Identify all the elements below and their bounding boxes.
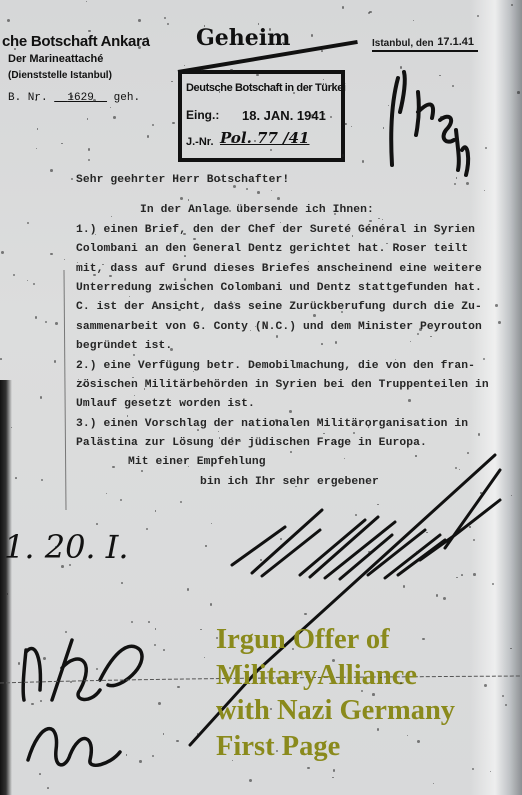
- scan-speck: [170, 348, 173, 351]
- scan-speck: [188, 466, 189, 467]
- scan-speck: [400, 682, 402, 684]
- scan-speck: [313, 314, 316, 317]
- scan-speck: [170, 402, 171, 403]
- scan-speck: [323, 113, 325, 115]
- scan-speck: [200, 629, 202, 631]
- scan-speck: [54, 360, 56, 362]
- scan-speck: [197, 429, 199, 431]
- scan-speck: [131, 621, 133, 623]
- scan-speck: [293, 92, 295, 94]
- scan-speck: [113, 116, 116, 119]
- scan-speck: [77, 262, 78, 263]
- scan-speck: [88, 30, 91, 33]
- scan-speck: [341, 311, 343, 313]
- scan-speck: [110, 107, 111, 108]
- scan-speck: [47, 38, 49, 40]
- scan-speck: [295, 486, 296, 487]
- scan-speck: [275, 419, 277, 421]
- scan-speck: [55, 322, 58, 325]
- scan-speck: [159, 344, 160, 345]
- caption-line: MilitaryAlliance: [216, 658, 516, 694]
- scan-speck: [308, 261, 309, 262]
- scan-speck: [155, 628, 156, 629]
- scan-speck: [7, 593, 8, 594]
- scan-speck: [495, 304, 498, 307]
- scan-speck: [144, 388, 145, 389]
- reference-suffix: geh.: [114, 92, 140, 104]
- scan-speck: [96, 668, 98, 670]
- body-line: Umlauf gesetzt worden ist.: [76, 395, 522, 414]
- scan-speck: [146, 528, 149, 531]
- scan-speck: [139, 760, 141, 762]
- scan-speck: [43, 657, 46, 660]
- initials-mark-icon: [391, 72, 468, 175]
- scan-speck: [141, 470, 143, 472]
- scan-speck: [233, 185, 236, 188]
- scan-speck: [415, 455, 416, 456]
- scan-speck: [321, 343, 323, 345]
- scan-speck: [492, 583, 494, 585]
- scan-speck: [395, 359, 396, 360]
- scan-speck: [290, 451, 292, 453]
- scan-speck: [388, 105, 389, 106]
- scan-speck: [321, 50, 323, 52]
- scan-speck: [36, 148, 37, 149]
- scan-speck: [436, 594, 439, 597]
- scan-speck: [204, 25, 205, 26]
- scan-speck: [96, 523, 98, 525]
- body-line: begründet ist.: [76, 337, 522, 356]
- scan-speck: [352, 235, 353, 236]
- scan-speck: [355, 514, 357, 516]
- scan-speck: [473, 573, 476, 576]
- scan-speck: [459, 469, 460, 470]
- scan-speck: [332, 777, 333, 778]
- scan-speck: [511, 4, 513, 6]
- scan-speck: [109, 275, 112, 278]
- letterhead-office: (Dienststelle Istanbul): [8, 70, 112, 81]
- scan-speck: [400, 66, 402, 68]
- scan-speck: [163, 733, 164, 734]
- scan-speck: [47, 787, 49, 789]
- scan-speck: [86, 1, 87, 2]
- scan-speck: [176, 740, 178, 742]
- scan-speck: [18, 662, 21, 665]
- scan-speck: [180, 501, 182, 503]
- scan-speck: [45, 321, 47, 323]
- scan-speck: [184, 255, 186, 257]
- scan-speck: [250, 330, 251, 331]
- scan-speck: [184, 278, 187, 281]
- scan-speck: [205, 545, 206, 546]
- scan-speck: [39, 773, 41, 775]
- scan-speck: [69, 564, 71, 566]
- scan-speck: [485, 147, 487, 149]
- place-label: Istanbul, den: [372, 38, 434, 49]
- scanned-document-page: che Botschaft Ankara Der Marineattaché (…: [0, 0, 522, 795]
- scan-speck: [333, 769, 336, 772]
- scan-speck: [71, 178, 73, 180]
- scan-speck: [417, 333, 419, 335]
- scan-speck: [126, 754, 127, 755]
- scan-speck: [167, 23, 169, 25]
- scan-speck: [88, 159, 90, 161]
- scan-speck: [27, 222, 29, 224]
- scan-speck: [35, 316, 38, 319]
- scan-speck: [64, 259, 65, 260]
- reference-number: B. Nr. 1629 geh.: [8, 92, 140, 104]
- reference-value: 1629: [54, 92, 107, 104]
- scan-speck: [368, 551, 370, 553]
- scan-speck: [230, 301, 232, 303]
- scan-speck: [218, 431, 219, 432]
- scan-speck: [197, 733, 198, 734]
- scan-speck: [452, 85, 454, 87]
- scan-speck: [461, 574, 463, 576]
- scan-speck: [510, 648, 512, 650]
- scan-speck: [15, 477, 17, 479]
- scan-speck: [70, 681, 72, 683]
- caption-line: Irgun Offer of: [216, 622, 516, 658]
- scan-speck: [210, 603, 212, 605]
- scan-speck: [120, 499, 122, 501]
- scan-speck: [280, 538, 282, 540]
- scan-speck: [41, 479, 43, 481]
- scan-speck: [184, 65, 185, 66]
- scan-speck: [270, 708, 272, 710]
- scan-speck: [177, 686, 179, 688]
- scan-speck: [50, 253, 53, 256]
- closing-line: bin ich Ihr sehr ergebener: [76, 473, 522, 492]
- scan-speck: [61, 143, 62, 144]
- scan-speck: [362, 160, 365, 163]
- scan-speck: [158, 702, 161, 705]
- letterhead-embassy: che Botschaft Ankara: [2, 33, 150, 50]
- scan-speck: [469, 526, 470, 527]
- scan-speck: [148, 621, 150, 623]
- body-line: Unterredung zwischen Colombani und Dentz…: [76, 279, 522, 298]
- scan-speck: [193, 238, 195, 240]
- scan-speck: [472, 768, 474, 770]
- scan-speck: [40, 700, 42, 702]
- scan-speck: [473, 539, 475, 541]
- scan-speck: [152, 755, 154, 757]
- scan-speck: [480, 492, 481, 493]
- scan-speck: [478, 433, 481, 436]
- scan-speck: [443, 597, 446, 600]
- letter-body: Sehr geehrter Herr Botschafter! In der A…: [76, 171, 522, 492]
- received-stamp: Deutsche Botschaft in der Türkei Eing.: …: [178, 70, 345, 162]
- scan-speck: [484, 684, 487, 687]
- scan-speck: [132, 377, 133, 378]
- caption-line: with Nazi Germany: [216, 693, 516, 729]
- scan-speck: [13, 274, 16, 277]
- body-line: 1.) einen Brief, den der Chef der Sureté…: [76, 221, 522, 240]
- scan-speck: [163, 649, 165, 651]
- scan-speck: [231, 403, 232, 404]
- page-edge-shadow: [0, 380, 12, 795]
- scan-speck: [511, 495, 512, 496]
- stamp-organization: Deutsche Botschaft in der Türkei: [186, 82, 346, 94]
- stamp-journal-label: J.-Nr.: [186, 136, 214, 148]
- scan-speck: [93, 274, 96, 277]
- scan-speck: [204, 657, 205, 658]
- scan-speck: [408, 399, 411, 402]
- scan-speck: [260, 559, 262, 561]
- scan-speck: [456, 577, 458, 579]
- scan-speck: [172, 122, 174, 124]
- scan-speck: [383, 127, 384, 128]
- scan-speck: [152, 124, 154, 126]
- scan-speck: [416, 551, 419, 554]
- scan-speck: [0, 358, 2, 360]
- scan-speck: [249, 779, 252, 782]
- scan-speck: [433, 783, 435, 785]
- scan-speck: [403, 585, 405, 587]
- scan-speck: [50, 169, 53, 172]
- body-line: 3.) einen Vorschlag der nationalen Milit…: [76, 415, 522, 434]
- body-line: Palästina zur Lösung der jüdischen Frage…: [76, 434, 522, 453]
- caption-line: First Page: [216, 729, 516, 765]
- scan-speck: [37, 128, 38, 129]
- scan-speck: [369, 555, 370, 556]
- letter-date: 17.1.41: [437, 36, 474, 48]
- scan-speck: [311, 34, 313, 36]
- scan-speck: [426, 532, 427, 533]
- handwritten-date-note: 1. 20. I.: [4, 528, 129, 566]
- stamp-journal-value: Pol. 77 /41: [220, 129, 309, 147]
- scan-speck: [342, 6, 345, 9]
- scan-speck: [413, 20, 414, 21]
- scan-speck: [133, 354, 135, 356]
- scan-speck: [146, 37, 148, 39]
- scan-speck: [40, 396, 42, 398]
- scan-speck: [121, 582, 123, 584]
- classification-label: Geheim: [196, 25, 290, 51]
- scan-speck: [154, 644, 156, 646]
- letterhead-attache: Der Marineattaché: [8, 53, 103, 65]
- scan-speck: [477, 15, 479, 17]
- scan-speck: [87, 118, 88, 119]
- overlay-caption: Irgun Offer of MilitaryAlliance with Naz…: [216, 622, 516, 764]
- scan-speck: [33, 283, 35, 285]
- reference-prefix: B. Nr.: [8, 92, 48, 104]
- scan-speck: [351, 126, 352, 127]
- body-line: mit, dass auf Grund dieses Briefes ansch…: [76, 260, 522, 279]
- scan-speck: [304, 613, 307, 616]
- scan-speck: [289, 410, 292, 413]
- body-line: Colombani an den General Dentz gerichtet…: [76, 240, 522, 259]
- scan-speck: [484, 190, 485, 191]
- scan-speck: [417, 740, 420, 743]
- scan-speck: [419, 328, 422, 331]
- scan-speck: [368, 12, 370, 14]
- scan-speck: [498, 321, 501, 324]
- scan-speck: [187, 588, 189, 590]
- scan-speck: [335, 341, 337, 343]
- scan-speck: [138, 46, 141, 49]
- body-line: C. ist der Ansicht, dass seine Zurückber…: [76, 298, 522, 317]
- scan-speck: [106, 493, 107, 494]
- salutation: Sehr geehrter Herr Botschafter!: [76, 171, 522, 190]
- body-line: zösischen Militärbehörden in Syrien bei …: [76, 376, 522, 395]
- scan-speck: [276, 750, 278, 752]
- scan-speck: [171, 81, 172, 82]
- scan-speck: [372, 693, 375, 696]
- scan-speck: [377, 504, 378, 505]
- body-line: 2.) eine Verfügung betr. Demobilmachung,…: [76, 357, 522, 376]
- scan-speck: [422, 638, 425, 641]
- scan-speck: [342, 154, 344, 156]
- scan-speck: [138, 19, 141, 22]
- scan-speck: [257, 191, 260, 194]
- scan-speck: [61, 565, 64, 568]
- scan-speck: [211, 523, 213, 525]
- handwritten-initials-icon: [23, 640, 142, 765]
- scan-speck: [157, 307, 158, 308]
- scan-speck: [31, 703, 33, 705]
- scan-speck: [70, 95, 73, 98]
- body-line: sammenarbeit von G. Conty (N.C.) und dem…: [76, 318, 522, 337]
- scan-speck: [517, 91, 520, 94]
- scan-speck: [88, 148, 91, 151]
- scan-speck: [27, 280, 28, 281]
- scan-speck: [440, 116, 443, 119]
- stamp-received-label: Eing.:: [186, 108, 219, 122]
- scan-speck: [219, 91, 220, 92]
- scan-speck: [14, 48, 16, 50]
- scan-speck: [65, 631, 67, 633]
- scan-speck: [311, 114, 314, 117]
- scan-speck: [82, 384, 84, 386]
- scan-speck: [439, 75, 441, 77]
- scan-speck: [490, 771, 491, 772]
- scan-speck: [180, 197, 183, 200]
- scan-speck: [155, 510, 156, 511]
- scan-speck: [380, 677, 381, 678]
- scan-speck: [219, 179, 221, 181]
- scan-speck: [119, 751, 120, 752]
- scan-speck: [164, 17, 166, 19]
- scan-speck: [7, 19, 10, 22]
- scan-speck: [467, 452, 469, 454]
- scan-speck: [147, 135, 149, 137]
- body-line: In der Anlage übersende ich Ihnen:: [76, 201, 522, 220]
- scan-speck: [1, 251, 4, 254]
- place-date-line: Istanbul, den 17.1.41: [372, 38, 478, 52]
- scan-speck: [93, 99, 96, 102]
- scan-speck: [229, 667, 231, 669]
- scan-speck: [307, 767, 309, 769]
- margin-line: [64, 270, 66, 510]
- scan-speck: [178, 309, 181, 312]
